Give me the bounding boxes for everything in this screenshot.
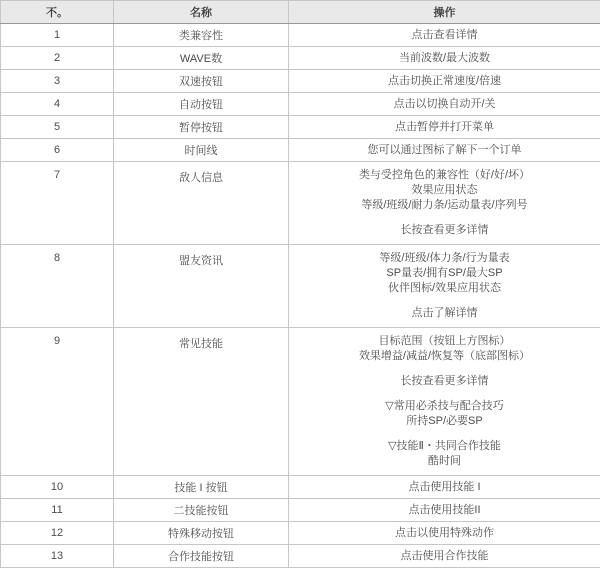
header-row: 不。 名称 操作 [1, 1, 600, 24]
cell-name: WAVE数 [114, 47, 289, 70]
table-row: 12特殊移动按钮点击以使用特殊动作 [1, 522, 600, 545]
cell-name: 自动按钮 [114, 93, 289, 116]
operation-line: 目标范围（按钮上方图标） [289, 334, 600, 349]
operation-line [289, 296, 600, 306]
cell-operation: 点击以使用特殊动作 [289, 522, 600, 545]
cell-operation: 您可以通过图标了解下一个订单 [289, 139, 600, 162]
table-header: 不。 名称 操作 [1, 1, 600, 24]
operation-line: 伙伴图标/效果应用状态 [289, 281, 600, 296]
cell-name: 技能 I 按钮 [114, 476, 289, 499]
cell-number: 2 [1, 47, 114, 70]
operation-line: 点击以切换自动开/关 [289, 97, 600, 112]
cell-number: 1 [1, 24, 114, 47]
cell-number: 10 [1, 476, 114, 499]
cell-operation: 点击以切换自动开/关 [289, 93, 600, 116]
operation-line: 点击切换正常速度/倍速 [289, 74, 600, 89]
operation-line: 点击使用技能 I [289, 480, 600, 495]
operation-line [289, 389, 600, 399]
operation-line: 点击以使用特殊动作 [289, 526, 600, 541]
table-row: 5暂停按钮点击暂停并打开菜单 [1, 116, 600, 139]
operation-line [289, 364, 600, 374]
cell-operation: 点击使用技能II [289, 499, 600, 522]
operation-line: ▽技能Ⅱ・共同合作技能 [289, 439, 600, 454]
table-body: 1类兼容性点击查看详情2WAVE数当前波数/最大波数3双速按钮点击切换正常速度/… [1, 24, 600, 568]
cell-operation: 点击查看详情 [289, 24, 600, 47]
cell-number: 8 [1, 245, 114, 328]
cell-name: 盟友资讯 [114, 245, 289, 328]
cell-operation: 当前波数/最大波数 [289, 47, 600, 70]
table-row: 7敌人信息类与受控角色的兼容性（好/好/坏）效果应用状态等级/班级/耐力条/运动… [1, 162, 600, 245]
operation-line: 类与受控角色的兼容性（好/好/坏） [289, 168, 600, 183]
operation-line: ▽常用必杀技与配合技巧 [289, 399, 600, 414]
cell-operation: 点击切换正常速度/倍速 [289, 70, 600, 93]
table-row: 8盟友资讯等级/班级/体力条/行为量表SP量表/拥有SP/最大SP伙伴图标/效果… [1, 245, 600, 328]
operation-line: 点击使用技能II [289, 503, 600, 518]
operation-line: 效果应用状态 [289, 183, 600, 198]
cell-operation: 类与受控角色的兼容性（好/好/坏）效果应用状态等级/班级/耐力条/运动量表/序列… [289, 162, 600, 245]
operation-line: 等级/班级/耐力条/运动量表/序列号 [289, 198, 600, 213]
cell-number: 3 [1, 70, 114, 93]
cell-name: 时间线 [114, 139, 289, 162]
cell-number: 9 [1, 328, 114, 476]
column-header-number: 不。 [1, 1, 114, 24]
cell-number: 13 [1, 545, 114, 568]
operation-line [289, 429, 600, 439]
cell-operation: 点击使用技能 I [289, 476, 600, 499]
operation-line: 点击查看详情 [289, 28, 600, 43]
operation-line: 当前波数/最大波数 [289, 51, 600, 66]
cell-name: 二技能按钮 [114, 499, 289, 522]
operation-line: 长按查看更多详情 [289, 223, 600, 238]
cell-number: 4 [1, 93, 114, 116]
cell-number: 12 [1, 522, 114, 545]
table-row: 1类兼容性点击查看详情 [1, 24, 600, 47]
cell-name: 双速按钮 [114, 70, 289, 93]
cell-number: 7 [1, 162, 114, 245]
cell-name: 常见技能 [114, 328, 289, 476]
cell-number: 6 [1, 139, 114, 162]
operation-line: 点击暂停并打开菜单 [289, 120, 600, 135]
operation-line: 长按查看更多详情 [289, 374, 600, 389]
operation-line: 酷时间 [289, 454, 600, 469]
cell-name: 类兼容性 [114, 24, 289, 47]
table-row: 13合作技能按钮点击使用合作技能 [1, 545, 600, 568]
table-row: 6时间线您可以通过图标了解下一个订单 [1, 139, 600, 162]
table-row: 11二技能按钮点击使用技能II [1, 499, 600, 522]
table-row: 3双速按钮点击切换正常速度/倍速 [1, 70, 600, 93]
table-row: 2WAVE数当前波数/最大波数 [1, 47, 600, 70]
cell-number: 5 [1, 116, 114, 139]
column-header-operation: 操作 [289, 1, 600, 24]
table-row: 9常见技能目标范围（按钮上方图标）效果增益/减益/恢复等（底部图标）长按查看更多… [1, 328, 600, 476]
cell-name: 特殊移动按钮 [114, 522, 289, 545]
table-row: 4自动按钮点击以切换自动开/关 [1, 93, 600, 116]
cell-name: 合作技能按钮 [114, 545, 289, 568]
operation-line: SP量表/拥有SP/最大SP [289, 266, 600, 281]
cell-name: 暂停按钮 [114, 116, 289, 139]
operation-line: 效果增益/减益/恢复等（底部图标） [289, 349, 600, 364]
operation-line: 点击使用合作技能 [289, 549, 600, 564]
operation-line: 所持SP/必要SP [289, 414, 600, 429]
operation-line: 等级/班级/体力条/行为量表 [289, 251, 600, 266]
operation-line [289, 213, 600, 223]
cell-operation: 点击暂停并打开菜单 [289, 116, 600, 139]
cell-number: 11 [1, 499, 114, 522]
column-header-name: 名称 [114, 1, 289, 24]
cell-operation: 目标范围（按钮上方图标）效果增益/减益/恢复等（底部图标）长按查看更多详情▽常用… [289, 328, 600, 476]
cell-name: 敌人信息 [114, 162, 289, 245]
cell-operation: 等级/班级/体力条/行为量表SP量表/拥有SP/最大SP伙伴图标/效果应用状态点… [289, 245, 600, 328]
cell-operation: 点击使用合作技能 [289, 545, 600, 568]
operation-line: 您可以通过图标了解下一个订单 [289, 143, 600, 158]
table-row: 10技能 I 按钮点击使用技能 I [1, 476, 600, 499]
controls-help-table: 不。 名称 操作 1类兼容性点击查看详情2WAVE数当前波数/最大波数3双速按钮… [0, 0, 600, 568]
operation-line: 点击了解详情 [289, 306, 600, 321]
